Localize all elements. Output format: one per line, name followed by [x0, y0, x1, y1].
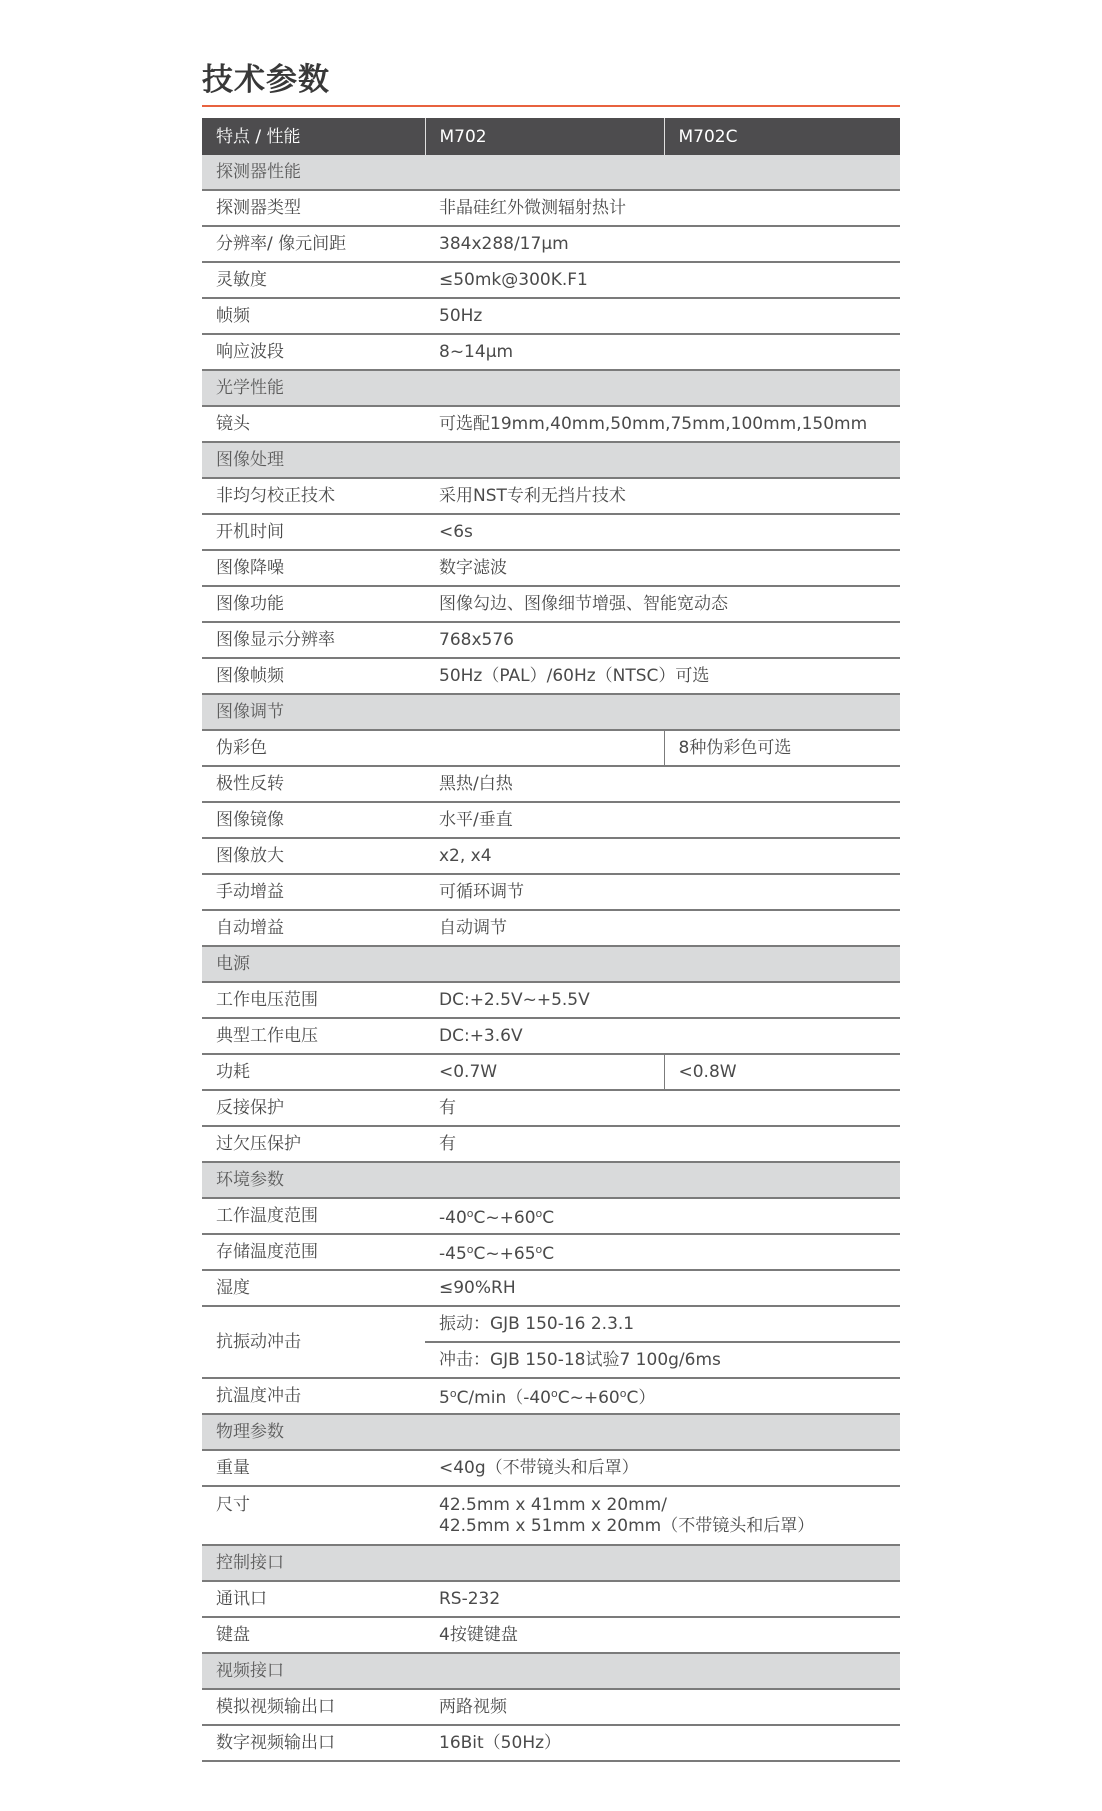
table-row: 手动增益可循环调节	[202, 874, 900, 910]
row-label: 工作电压范围	[202, 982, 425, 1018]
row-label: 图像镜像	[202, 802, 425, 838]
row-value: 图像勾边、图像细节增强、智能宽动态	[425, 586, 900, 622]
row-label: 典型工作电压	[202, 1018, 425, 1054]
value-part: C	[542, 1208, 554, 1228]
table-row: 重量<40g（不带镜头和后罩）	[202, 1450, 900, 1486]
row-label: 存储温度范围	[202, 1234, 425, 1270]
table-row: 湿度≤90%RH	[202, 1270, 900, 1306]
row-value: -40oC~+60oC	[425, 1198, 900, 1234]
value-part: C	[542, 1244, 554, 1264]
section-row: 探测器性能	[202, 155, 900, 190]
value-part: C~+60	[558, 1388, 620, 1408]
table-row: 自动增益自动调节	[202, 910, 900, 946]
section-row: 图像调节	[202, 694, 900, 730]
row-label: 过欠压保护	[202, 1126, 425, 1162]
row-value-vibration: 振动：GJB 150-16 2.3.1	[425, 1306, 900, 1342]
row-label: 自动增益	[202, 910, 425, 946]
header-feature: 特点 / 性能	[202, 118, 425, 155]
row-label: 探测器类型	[202, 190, 425, 226]
row-value: ≤50mk@300K.F1	[425, 262, 900, 298]
row-value: 768x576	[425, 622, 900, 658]
row-value: 42.5mm x 41mm x 20mm/42.5mm x 51mm x 20m…	[425, 1486, 900, 1545]
row-label: 功耗	[202, 1054, 425, 1090]
size-line-2: 42.5mm x 51mm x 20mm（不带镜头和后罩）	[439, 1516, 900, 1537]
table-row: 典型工作电压DC:+3.6V	[202, 1018, 900, 1054]
table-row: 抗振动冲击振动：GJB 150-16 2.3.1	[202, 1306, 900, 1342]
row-value: 采用NST专利无挡片技术	[425, 478, 900, 514]
row-value: -45oC~+65oC	[425, 1234, 900, 1270]
row-label: 响应波段	[202, 334, 425, 370]
table-row: 图像功能图像勾边、图像细节增强、智能宽动态	[202, 586, 900, 622]
row-value: DC:+2.5V~+5.5V	[425, 982, 900, 1018]
row-value: 数字滤波	[425, 550, 900, 586]
table-row: 非均匀校正技术采用NST专利无挡片技术	[202, 478, 900, 514]
row-label: 图像显示分辨率	[202, 622, 425, 658]
section-row: 电源	[202, 946, 900, 982]
row-value: <40g（不带镜头和后罩）	[425, 1450, 900, 1486]
row-value: 384x288/17µm	[425, 226, 900, 262]
table-row: 分辨率/ 像元间距384x288/17µm	[202, 226, 900, 262]
row-label: 尺寸	[202, 1486, 425, 1545]
row-label: 工作温度范围	[202, 1198, 425, 1234]
row-value: <6s	[425, 514, 900, 550]
value-part: C）	[626, 1388, 655, 1408]
row-label: 反接保护	[202, 1090, 425, 1126]
table-row: 工作温度范围 -40oC~+60oC	[202, 1198, 900, 1234]
section-label: 控制接口	[202, 1545, 900, 1581]
row-value: x2, x4	[425, 838, 900, 874]
row-label: 重量	[202, 1450, 425, 1486]
row-label: 图像帧频	[202, 658, 425, 694]
row-value: 黑热/白热	[425, 766, 900, 802]
table-row: 开机时间<6s	[202, 514, 900, 550]
section-row: 控制接口	[202, 1545, 900, 1581]
row-value: 8~14µm	[425, 334, 900, 370]
spec-table: 特点 / 性能 M702 M702C 探测器性能 探测器类型非晶硅红外微测辐射热…	[202, 118, 900, 1762]
value-part: -40	[439, 1208, 467, 1228]
page-title: 技术参数	[202, 58, 330, 102]
table-row: 存储温度范围 -45oC~+65oC	[202, 1234, 900, 1270]
section-label: 图像处理	[202, 442, 900, 478]
table-row: 探测器类型非晶硅红外微测辐射热计	[202, 190, 900, 226]
table-row: 图像显示分辨率768x576	[202, 622, 900, 658]
row-value: 有	[425, 1126, 900, 1162]
value-part: C~+60	[474, 1208, 536, 1228]
row-label: 湿度	[202, 1270, 425, 1306]
header-m702: M702	[425, 118, 664, 155]
row-label: 帧频	[202, 298, 425, 334]
row-value: 50Hz（PAL）/60Hz（NTSC）可选	[425, 658, 900, 694]
value-part: 5	[439, 1388, 450, 1408]
table-row: 镜头可选配19mm,40mm,50mm,75mm,100mm,150mm	[202, 406, 900, 442]
row-value: ≤90%RH	[425, 1270, 900, 1306]
degree-symbol: o	[467, 1207, 474, 1220]
degree-symbol: o	[467, 1243, 474, 1256]
table-row: 图像帧频50Hz（PAL）/60Hz（NTSC）可选	[202, 658, 900, 694]
row-label: 数字视频输出口	[202, 1725, 425, 1761]
table-row: 键盘4按键键盘	[202, 1617, 900, 1653]
row-label: 模拟视频输出口	[202, 1689, 425, 1725]
table-row: 模拟视频输出口两路视频	[202, 1689, 900, 1725]
degree-symbol: o	[450, 1387, 457, 1400]
row-label: 抗温度冲击	[202, 1378, 425, 1414]
row-label: 键盘	[202, 1617, 425, 1653]
row-value: 水平/垂直	[425, 802, 900, 838]
row-label: 分辨率/ 像元间距	[202, 226, 425, 262]
table-header-row: 特点 / 性能 M702 M702C	[202, 118, 900, 155]
table-row: 极性反转黑热/白热	[202, 766, 900, 802]
row-value: 两路视频	[425, 1689, 900, 1725]
table-row: 灵敏度≤50mk@300K.F1	[202, 262, 900, 298]
table-row: 响应波段8~14µm	[202, 334, 900, 370]
row-label: 伪彩色	[202, 730, 425, 766]
row-value: DC:+3.6V	[425, 1018, 900, 1054]
table-row: 工作电压范围DC:+2.5V~+5.5V	[202, 982, 900, 1018]
row-value-m702c: <0.8W	[664, 1054, 900, 1090]
section-label: 电源	[202, 946, 900, 982]
value-part: C/min（-40	[457, 1388, 551, 1408]
section-label: 探测器性能	[202, 155, 900, 190]
degree-symbol: o	[551, 1387, 558, 1400]
row-value: 可循环调节	[425, 874, 900, 910]
table-row: 功耗<0.7W<0.8W	[202, 1054, 900, 1090]
section-label: 环境参数	[202, 1162, 900, 1198]
section-label: 图像调节	[202, 694, 900, 730]
row-label: 镜头	[202, 406, 425, 442]
row-label: 极性反转	[202, 766, 425, 802]
row-label: 抗振动冲击	[202, 1306, 425, 1378]
table-row: 数字视频输出口16Bit（50Hz）	[202, 1725, 900, 1761]
row-label: 图像放大	[202, 838, 425, 874]
row-label: 通讯口	[202, 1581, 425, 1617]
row-value-m702: <0.7W	[425, 1054, 664, 1090]
row-label: 图像功能	[202, 586, 425, 622]
section-label: 物理参数	[202, 1414, 900, 1450]
row-label: 灵敏度	[202, 262, 425, 298]
table-row: 尺寸 42.5mm x 41mm x 20mm/42.5mm x 51mm x …	[202, 1486, 900, 1545]
size-line-1: 42.5mm x 41mm x 20mm/	[439, 1495, 900, 1516]
row-value: 可选配19mm,40mm,50mm,75mm,100mm,150mm	[425, 406, 900, 442]
header-m702c: M702C	[664, 118, 900, 155]
title-underline	[202, 105, 900, 107]
row-label: 非均匀校正技术	[202, 478, 425, 514]
row-value: 非晶硅红外微测辐射热计	[425, 190, 900, 226]
row-value: RS-232	[425, 1581, 900, 1617]
row-value: 50Hz	[425, 298, 900, 334]
row-value: 16Bit（50Hz）	[425, 1725, 900, 1761]
value-part: C~+65	[474, 1244, 536, 1264]
section-row: 物理参数	[202, 1414, 900, 1450]
row-value: 5oC/min（-40oC~+60oC）	[425, 1378, 900, 1414]
row-value: 自动调节	[425, 910, 900, 946]
section-label: 光学性能	[202, 370, 900, 406]
table-row: 图像镜像水平/垂直	[202, 802, 900, 838]
table-row: 图像放大x2, x4	[202, 838, 900, 874]
table-row: 反接保护有	[202, 1090, 900, 1126]
section-row: 光学性能	[202, 370, 900, 406]
row-value-m702	[425, 730, 664, 766]
table-row: 抗温度冲击 5oC/min（-40oC~+60oC）	[202, 1378, 900, 1414]
row-value: 有	[425, 1090, 900, 1126]
row-value-m702c: 8种伪彩色可选	[664, 730, 900, 766]
row-value-shock: 冲击：GJB 150-18试验7 100g/6ms	[425, 1342, 900, 1378]
row-value: 4按键键盘	[425, 1617, 900, 1653]
row-label: 图像降噪	[202, 550, 425, 586]
row-label: 手动增益	[202, 874, 425, 910]
section-row: 环境参数	[202, 1162, 900, 1198]
table-row: 帧频50Hz	[202, 298, 900, 334]
value-part: -45	[439, 1244, 467, 1264]
table-row: 伪彩色8种伪彩色可选	[202, 730, 900, 766]
table-row: 过欠压保护有	[202, 1126, 900, 1162]
section-row: 图像处理	[202, 442, 900, 478]
section-row: 视频接口	[202, 1653, 900, 1689]
table-row: 图像降噪数字滤波	[202, 550, 900, 586]
table-row: 通讯口RS-232	[202, 1581, 900, 1617]
row-label: 开机时间	[202, 514, 425, 550]
section-label: 视频接口	[202, 1653, 900, 1689]
